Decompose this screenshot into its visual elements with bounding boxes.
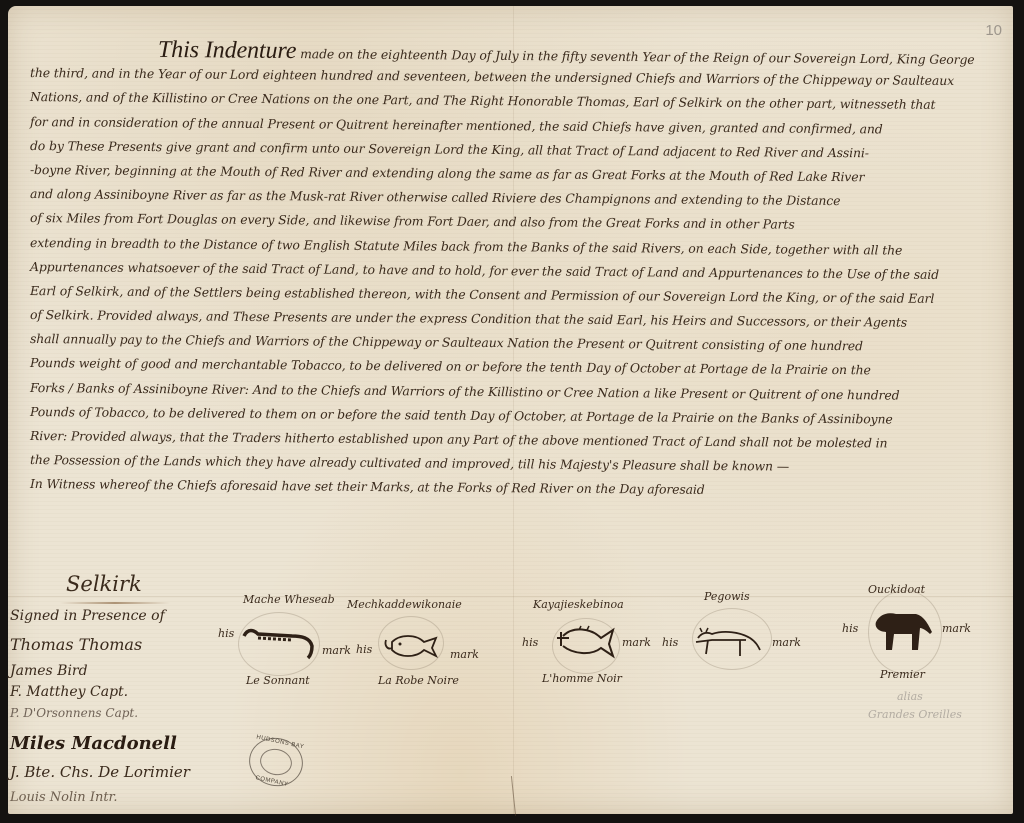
indenture-body: This Indenture made on the eighteenth Da…	[58, 37, 1013, 497]
mark-label: mark	[322, 644, 351, 657]
mark-label: mark	[942, 622, 971, 635]
witness-signature: F. Matthey Capt.	[10, 684, 128, 700]
chief-alias: La Robe Noire	[378, 674, 459, 687]
chief-name: Kayajieskebinoa	[533, 598, 624, 611]
animal-totem-icon	[692, 624, 762, 660]
his-label: his	[842, 622, 858, 635]
his-label: his	[522, 636, 538, 649]
selkirk-signature: Selkirk	[66, 572, 142, 596]
fold-line-horizontal	[8, 596, 1013, 597]
snake-totem-icon	[240, 622, 316, 660]
chief-alias: Le Sonnant	[246, 674, 310, 687]
chief-alias: Premier	[880, 668, 925, 681]
witness-signature: J. Bte. Chs. De Lorimier	[10, 763, 190, 781]
witness-heading: Signed in Presence of	[10, 608, 165, 624]
mark-label: mark	[772, 636, 801, 649]
bear-totem-icon	[872, 610, 936, 656]
title-opening: This Indenture	[158, 37, 297, 64]
witness-signature: Miles Macdonell	[10, 733, 177, 754]
chief-name: Pegowis	[704, 590, 750, 603]
signature-flourish	[60, 602, 170, 604]
chief-name: Mechkaddewikonaie	[347, 598, 462, 611]
alias-note: Grandes Oreilles	[868, 708, 962, 721]
alias-note: alias	[897, 690, 923, 703]
chief-name: Mache Wheseab	[243, 593, 335, 606]
mark-label: mark	[450, 648, 479, 661]
witness-signature: James Bird	[10, 663, 88, 679]
mark-label: mark	[622, 636, 651, 649]
his-label: his	[218, 627, 234, 640]
witness-signature: Thomas Thomas	[10, 635, 142, 654]
fish-totem-icon	[382, 628, 440, 664]
his-label: his	[356, 643, 372, 656]
fish-totem-icon	[555, 622, 619, 662]
witness-signature: Louis Nolin Intr.	[10, 790, 117, 805]
chief-alias: L'homme Noir	[542, 672, 622, 685]
stamp-inner-ring	[258, 746, 295, 778]
witness-signature: P. D'Orsonnens Capt.	[10, 706, 138, 720]
his-label: his	[662, 636, 678, 649]
